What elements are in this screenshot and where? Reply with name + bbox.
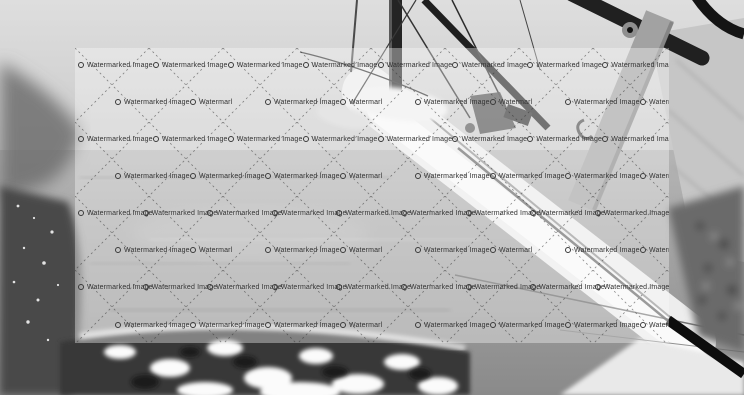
circle-outline-icon xyxy=(78,136,84,142)
watermark-item: Watermarked Image xyxy=(565,246,640,256)
watermark-item: Watermarked Image xyxy=(78,135,153,145)
watermark-item: Watermarked Image xyxy=(415,98,490,108)
watermark-row: Watermarked ImageWatermarlWatermarked Im… xyxy=(115,246,669,256)
watermark-text: Watermarked Image xyxy=(604,210,669,217)
watermarked-photo-stage: Watermarked ImageWatermarked ImageWaterm… xyxy=(0,0,744,395)
circle-outline-icon xyxy=(530,284,536,290)
circle-outline-icon xyxy=(143,284,149,290)
watermark-item: Watermarked Image xyxy=(78,283,143,293)
watermark-text: Watermarl xyxy=(649,322,669,329)
watermark-item: Watermarl xyxy=(190,246,265,256)
watermark-item: Watermarked Image xyxy=(401,283,466,293)
circle-outline-icon xyxy=(265,173,271,179)
watermark-text: Watermarl xyxy=(349,99,382,106)
watermark-item: Watermarked Image xyxy=(452,135,527,145)
watermark-item: Watermarl xyxy=(640,321,669,331)
circle-outline-icon xyxy=(207,210,213,216)
circle-outline-icon xyxy=(228,62,234,68)
watermark-text: Watermarked Image xyxy=(611,62,669,69)
watermark-text: Watermarked Image xyxy=(424,173,490,180)
circle-outline-icon xyxy=(190,322,196,328)
circle-outline-icon xyxy=(378,136,384,142)
watermark-item: Watermarked Image xyxy=(565,98,640,108)
watermark-item: Watermarked Image xyxy=(378,135,453,145)
watermark-item: Watermarked Image xyxy=(265,172,340,182)
watermark-item: Watermarl xyxy=(190,98,265,108)
circle-outline-icon xyxy=(78,62,84,68)
circle-outline-icon xyxy=(340,99,346,105)
watermark-item: Watermarl xyxy=(490,246,565,256)
watermark-text: Watermarked Image xyxy=(312,136,378,143)
circle-outline-icon xyxy=(490,99,496,105)
watermark-text: Watermarl xyxy=(649,173,669,180)
watermark-item: Watermarked Image xyxy=(228,61,303,71)
watermark-text: Watermarked Image xyxy=(162,62,228,69)
watermark-item: Watermarl xyxy=(640,172,669,182)
circle-outline-icon xyxy=(207,284,213,290)
circle-outline-icon xyxy=(466,284,472,290)
circle-outline-icon xyxy=(340,247,346,253)
circle-outline-icon xyxy=(565,173,571,179)
watermark-text: Watermarked Image xyxy=(274,322,340,329)
watermark-item: Watermarked Image xyxy=(466,283,531,293)
circle-outline-icon xyxy=(78,284,84,290)
watermark-text: Watermarked Image xyxy=(199,322,265,329)
watermark-text: Watermarked Image xyxy=(536,62,602,69)
circle-outline-icon xyxy=(303,62,309,68)
watermark-row: Watermarked ImageWatermarked ImageWaterm… xyxy=(115,172,669,182)
circle-outline-icon xyxy=(190,247,196,253)
watermark-text: Watermarked Image xyxy=(274,99,340,106)
circle-outline-icon xyxy=(490,173,496,179)
watermark-row: Watermarked ImageWatermarked ImageWaterm… xyxy=(78,283,659,293)
watermark-item: Watermarked Image xyxy=(190,172,265,182)
watermark-item: Watermarked Image xyxy=(207,283,272,293)
watermark-text: Watermarl xyxy=(649,99,669,106)
watermark-text: Watermarked Image xyxy=(574,322,640,329)
watermark-item: Watermarked Image xyxy=(265,321,340,331)
circle-outline-icon xyxy=(415,322,421,328)
watermark-row: Watermarked ImageWatermarked ImageWaterm… xyxy=(78,61,669,71)
watermark-text: Watermarl xyxy=(499,99,532,106)
watermark-item: Watermarked Image xyxy=(190,321,265,331)
watermark-text: Watermarked Image xyxy=(604,284,669,291)
watermark-item: Watermarked Image xyxy=(595,283,660,293)
watermark-text: Watermarked Image xyxy=(387,136,453,143)
circle-outline-icon xyxy=(452,62,458,68)
watermark-item: Watermarked Image xyxy=(303,61,378,71)
watermark-text: Watermarked Image xyxy=(87,136,153,143)
watermark-text: Watermarked Image xyxy=(574,99,640,106)
circle-outline-icon xyxy=(490,322,496,328)
watermark-row: Watermarked ImageWatermarked ImageWaterm… xyxy=(115,321,669,331)
circle-outline-icon xyxy=(527,62,533,68)
watermark-text: Watermarked Image xyxy=(424,322,490,329)
watermark-item: Watermarl xyxy=(490,98,565,108)
watermark-text: Watermarked Image xyxy=(574,173,640,180)
watermark-item: Watermarked Image xyxy=(565,172,640,182)
watermark-item: Watermarked Image xyxy=(595,209,660,219)
watermark-item: Watermarked Image xyxy=(530,209,595,219)
watermark-row: Watermarked ImageWatermarked ImageWaterm… xyxy=(78,209,659,219)
watermark-text: Watermarl xyxy=(649,247,669,254)
watermark-item: Watermarked Image xyxy=(153,135,228,145)
watermark-item: Watermarked Image xyxy=(272,283,337,293)
watermark-text: Watermarked Image xyxy=(387,62,453,69)
circle-outline-icon xyxy=(336,284,342,290)
watermark-text: Watermarked Image xyxy=(461,62,527,69)
watermark-item: Watermarked Image xyxy=(415,321,490,331)
circle-outline-icon xyxy=(265,322,271,328)
watermark-text: Watermarked Image xyxy=(424,99,490,106)
watermark-item: Watermarked Image xyxy=(265,246,340,256)
watermark-text: Watermarl xyxy=(199,247,232,254)
watermark-text: Watermarked Image xyxy=(124,322,190,329)
watermark-item: Watermarl xyxy=(340,246,415,256)
watermark-text: Watermarked Image xyxy=(574,247,640,254)
watermark-row: Watermarked ImageWatermarked ImageWaterm… xyxy=(78,135,669,145)
watermark-item: Watermarked Image xyxy=(401,209,466,219)
circle-outline-icon xyxy=(530,210,536,216)
circle-outline-icon xyxy=(115,322,121,328)
circle-outline-icon xyxy=(640,99,646,105)
watermark-item: Watermarked Image xyxy=(336,283,401,293)
circle-outline-icon xyxy=(640,322,646,328)
circle-outline-icon xyxy=(115,247,121,253)
watermark-text: Watermarl xyxy=(349,173,382,180)
watermark-text: Watermarl xyxy=(499,247,532,254)
watermark-item: Watermarked Image xyxy=(228,135,303,145)
watermark-item: Watermarked Image xyxy=(143,283,208,293)
watermark-item: Watermarked Image xyxy=(490,172,565,182)
watermark-item: Watermarked Image xyxy=(143,209,208,219)
watermark-item: Watermarked Image xyxy=(303,135,378,145)
watermark-text: Watermarked Image xyxy=(312,62,378,69)
watermark-text: Watermarl xyxy=(349,322,382,329)
circle-outline-icon xyxy=(595,284,601,290)
watermark-text: Watermarked Image xyxy=(499,173,565,180)
circle-outline-icon xyxy=(490,247,496,253)
circle-outline-icon xyxy=(78,210,84,216)
watermark-text: Watermarked Image xyxy=(124,173,190,180)
circle-outline-icon xyxy=(565,322,571,328)
circle-outline-icon xyxy=(602,62,608,68)
watermark-text: Watermarked Image xyxy=(611,136,669,143)
circle-outline-icon xyxy=(595,210,601,216)
circle-outline-icon xyxy=(265,247,271,253)
circle-outline-icon xyxy=(340,322,346,328)
watermark-item: Watermarked Image xyxy=(78,61,153,71)
watermark-text: Watermarked Image xyxy=(424,247,490,254)
watermark-item: Watermarked Image xyxy=(265,98,340,108)
watermark-item: Watermarked Image xyxy=(272,209,337,219)
watermark-item: Watermarked Image xyxy=(153,61,228,71)
circle-outline-icon xyxy=(378,62,384,68)
diamond-lattice-pattern xyxy=(75,48,669,343)
watermark-item: Watermarked Image xyxy=(115,172,190,182)
watermark-text: Watermarked Image xyxy=(87,62,153,69)
circle-outline-icon xyxy=(228,136,234,142)
circle-outline-icon xyxy=(153,62,159,68)
watermark-item: Watermarked Image xyxy=(527,135,602,145)
watermark-item: Watermarked Image xyxy=(378,61,453,71)
circle-outline-icon xyxy=(272,284,278,290)
circle-outline-icon xyxy=(190,99,196,105)
watermark-item: Watermarked Image xyxy=(490,321,565,331)
watermark-text: Watermarked Image xyxy=(237,136,303,143)
circle-outline-icon xyxy=(602,136,608,142)
watermark-item: Watermarked Image xyxy=(78,209,143,219)
watermark-text: Watermarked Image xyxy=(499,322,565,329)
circle-outline-icon xyxy=(640,173,646,179)
watermark-text: Watermarl xyxy=(349,247,382,254)
circle-outline-icon xyxy=(115,173,121,179)
circle-outline-icon xyxy=(303,136,309,142)
circle-outline-icon xyxy=(272,210,278,216)
watermark-item: Watermarked Image xyxy=(115,321,190,331)
circle-outline-icon xyxy=(565,99,571,105)
watermark-text: Watermarked Image xyxy=(274,247,340,254)
watermark-text: Watermarked Image xyxy=(124,247,190,254)
circle-outline-icon xyxy=(401,210,407,216)
circle-outline-icon xyxy=(115,99,121,105)
watermark-item: Watermarl xyxy=(340,172,415,182)
watermark-item: Watermarked Image xyxy=(466,209,531,219)
watermark-item: Watermarked Image xyxy=(115,246,190,256)
watermark-text: Watermarked Image xyxy=(237,62,303,69)
circle-outline-icon xyxy=(527,136,533,142)
circle-outline-icon xyxy=(340,173,346,179)
watermark-item: Watermarked Image xyxy=(565,321,640,331)
circle-outline-icon xyxy=(452,136,458,142)
circle-outline-icon xyxy=(336,210,342,216)
watermark-item: Watermarked Image xyxy=(207,209,272,219)
watermark-text: Watermarked Image xyxy=(461,136,527,143)
circle-outline-icon xyxy=(143,210,149,216)
watermark-item: Watermarked Image xyxy=(527,61,602,71)
circle-outline-icon xyxy=(265,99,271,105)
watermark-item: Watermarl xyxy=(340,321,415,331)
watermark-item: Watermarked Image xyxy=(415,172,490,182)
watermark-row: Watermarked ImageWatermarlWatermarked Im… xyxy=(115,98,669,108)
circle-outline-icon xyxy=(640,247,646,253)
watermark-item: Watermarked Image xyxy=(602,61,669,71)
circle-outline-icon xyxy=(415,99,421,105)
watermark-text: Watermarked Image xyxy=(199,173,265,180)
watermark-item: Watermarl xyxy=(340,98,415,108)
watermark-text: Watermarked Image xyxy=(162,136,228,143)
watermark-item: Watermarked Image xyxy=(415,246,490,256)
circle-outline-icon xyxy=(415,247,421,253)
watermark-item: Watermarl xyxy=(640,246,669,256)
watermark-item: Watermarl xyxy=(640,98,669,108)
circle-outline-icon xyxy=(190,173,196,179)
circle-outline-icon xyxy=(153,136,159,142)
watermark-item: Watermarked Image xyxy=(336,209,401,219)
watermark-item: Watermarked Image xyxy=(452,61,527,71)
watermark-item: Watermarked Image xyxy=(115,98,190,108)
circle-outline-icon xyxy=(401,284,407,290)
circle-outline-icon xyxy=(466,210,472,216)
watermark-item: Watermarked Image xyxy=(602,135,669,145)
watermark-item: Watermarked Image xyxy=(530,283,595,293)
watermark-overlay: Watermarked ImageWatermarked ImageWaterm… xyxy=(75,48,669,343)
circle-outline-icon xyxy=(565,247,571,253)
circle-outline-icon xyxy=(415,173,421,179)
watermark-text: Watermarked Image xyxy=(536,136,602,143)
watermark-text: Watermarked Image xyxy=(274,173,340,180)
watermark-text: Watermarked Image xyxy=(124,99,190,106)
watermark-text: Watermarl xyxy=(199,99,232,106)
